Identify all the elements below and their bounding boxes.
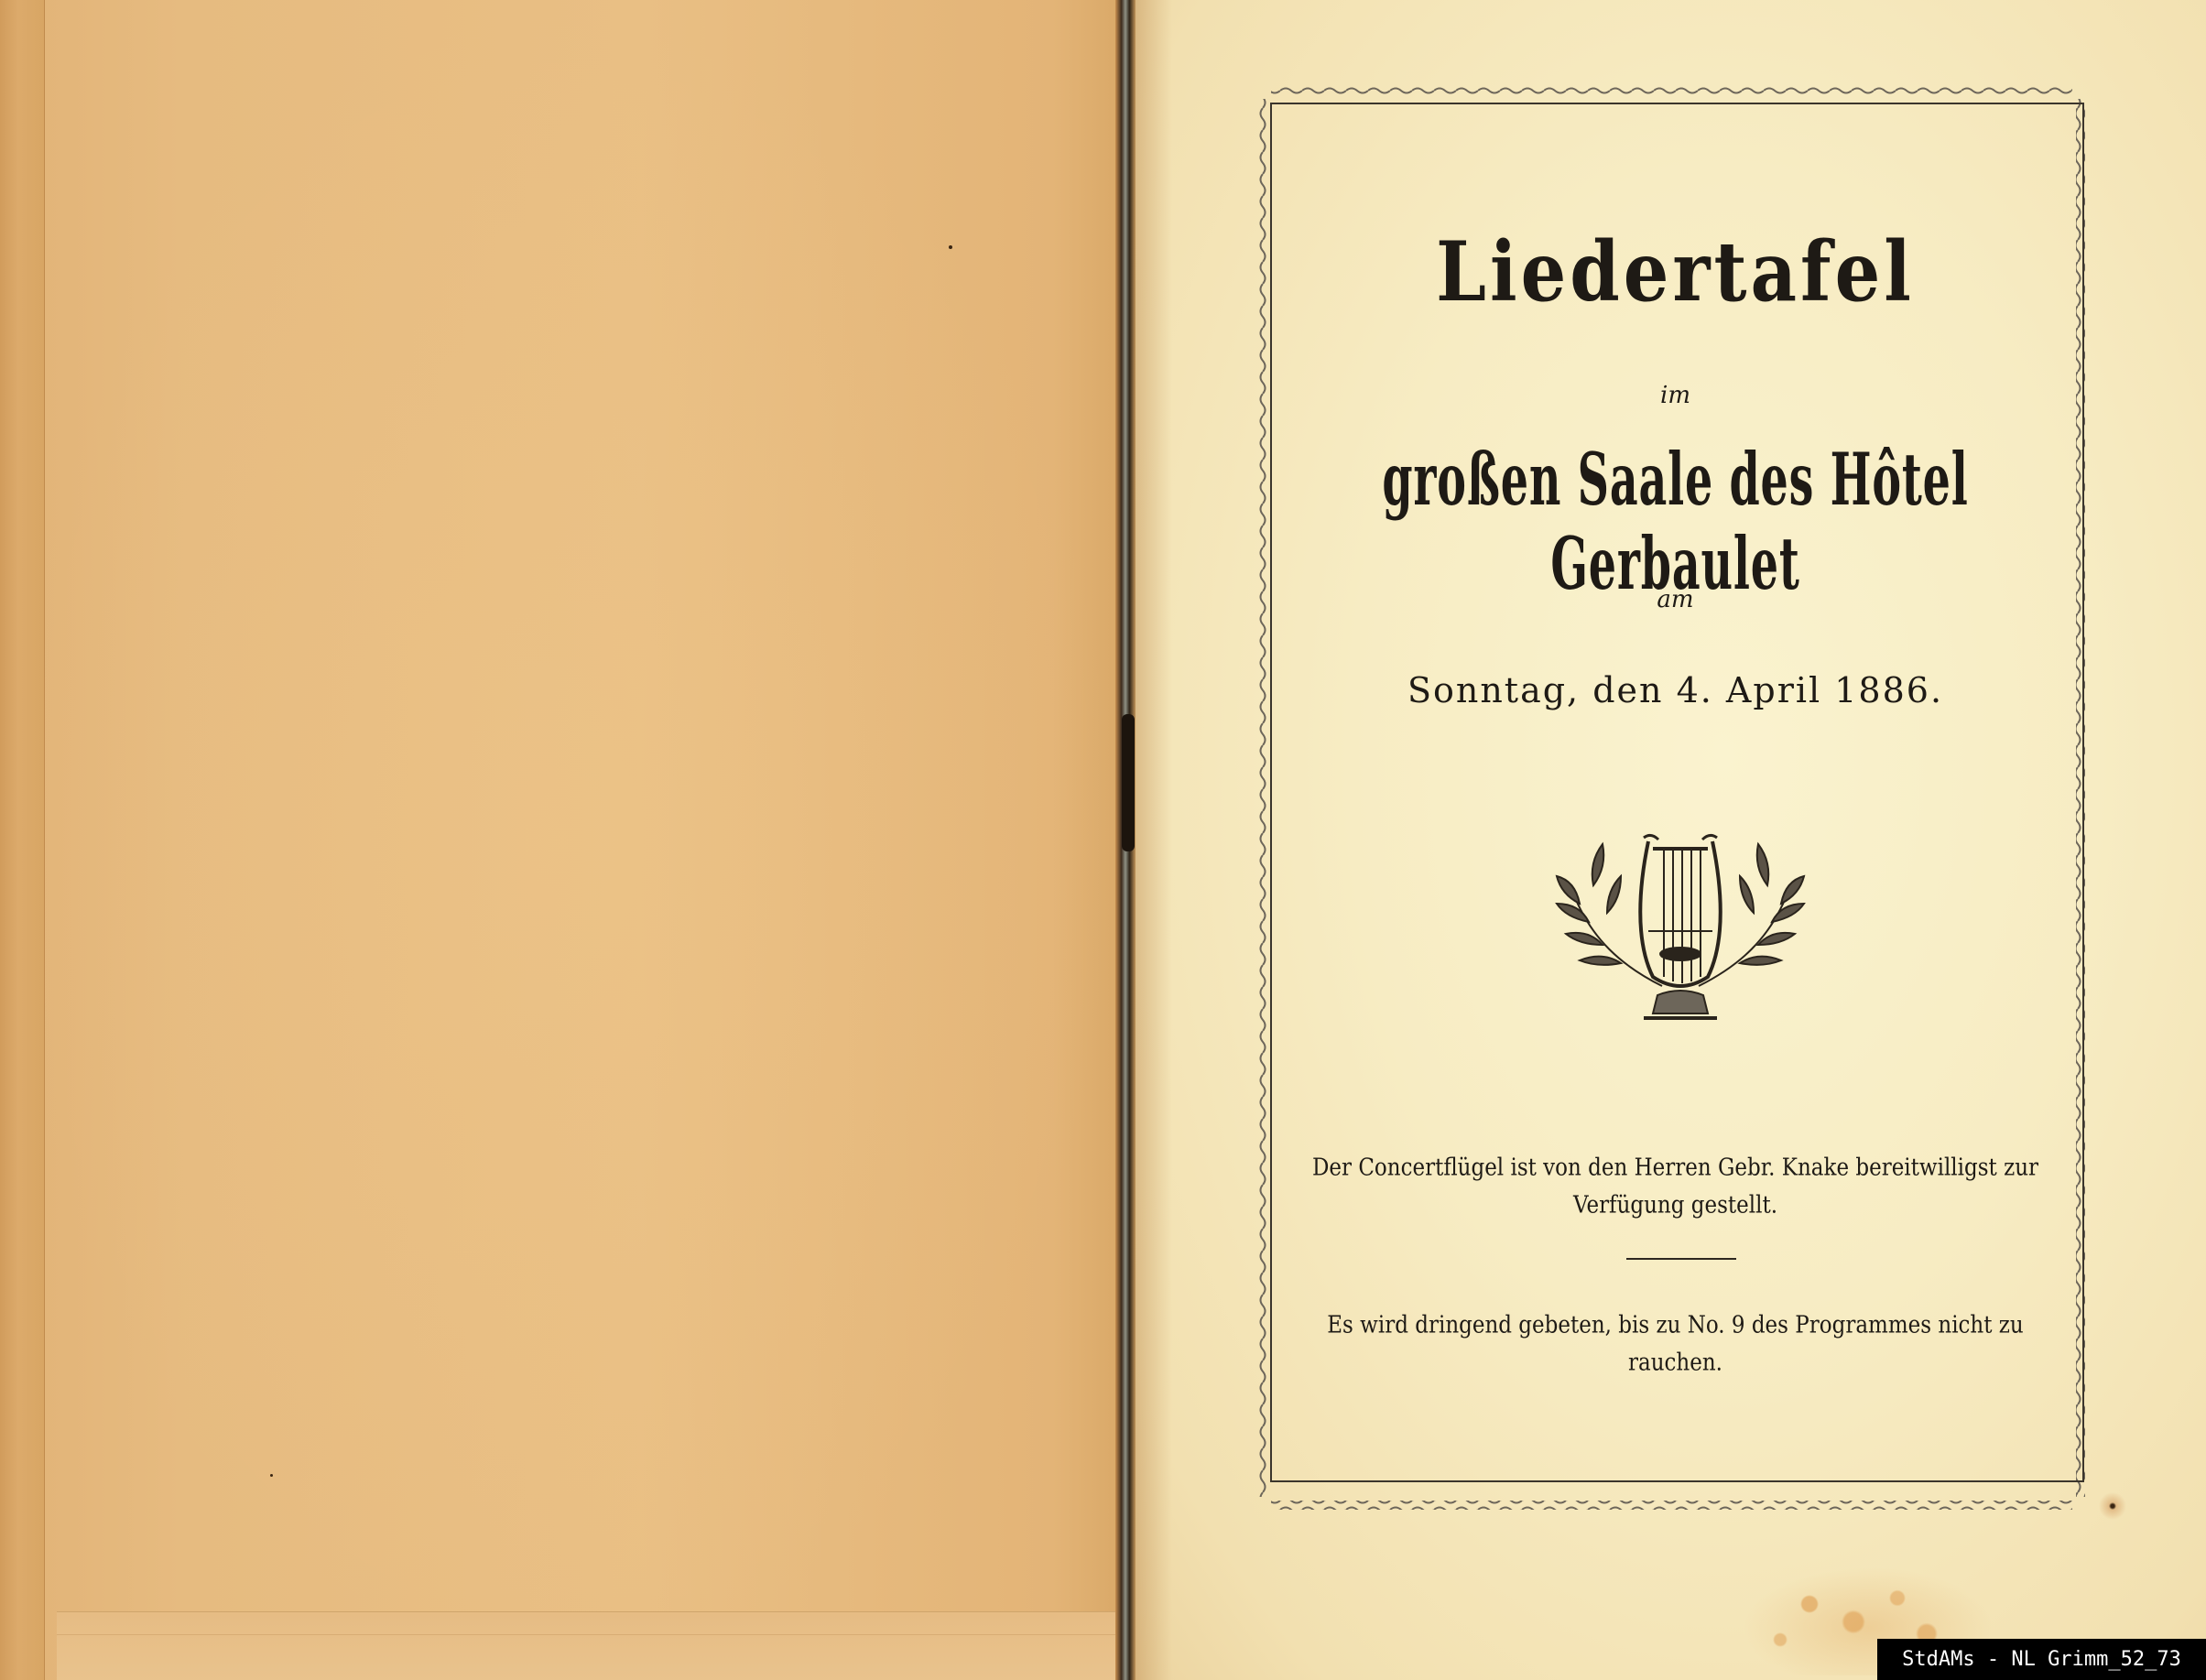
piano-acknowledgement-note: Der Concertflügel ist von den Herren Geb… xyxy=(1270,1149,2081,1225)
lyre-with-laurel-icon xyxy=(1552,830,1809,1036)
spine-tear xyxy=(1122,714,1135,851)
no-smoking-request-note: Es wird dringend gebeten, bis zu No. 9 d… xyxy=(1270,1306,2081,1382)
event-date: Sonntag, den 4. April 1886. xyxy=(1270,670,2081,710)
page-title: Liedertafel xyxy=(1270,224,2081,320)
separator-rule xyxy=(1626,1258,1736,1260)
left-page-endpaper xyxy=(0,0,1125,1680)
preposition-am: am xyxy=(1270,586,2081,613)
program-title-page: Liedertafel im großen Saale des Hôtel Ge… xyxy=(1270,103,2081,1479)
preposition-im: im xyxy=(1270,382,2081,409)
left-page-edge xyxy=(0,0,45,1680)
ink-dot-stain xyxy=(2099,1492,2126,1520)
paper-speck xyxy=(949,245,952,249)
gutter-shadow xyxy=(1136,0,1172,1680)
paper-speck xyxy=(270,1474,273,1477)
archive-caption-label: StdAMs - NL Grimm_52_73 xyxy=(1877,1639,2206,1680)
left-page-bottom-fold-line xyxy=(57,1634,1125,1680)
venue-line: großen Saale des Hôtel Gerbaulet xyxy=(1343,438,2008,606)
